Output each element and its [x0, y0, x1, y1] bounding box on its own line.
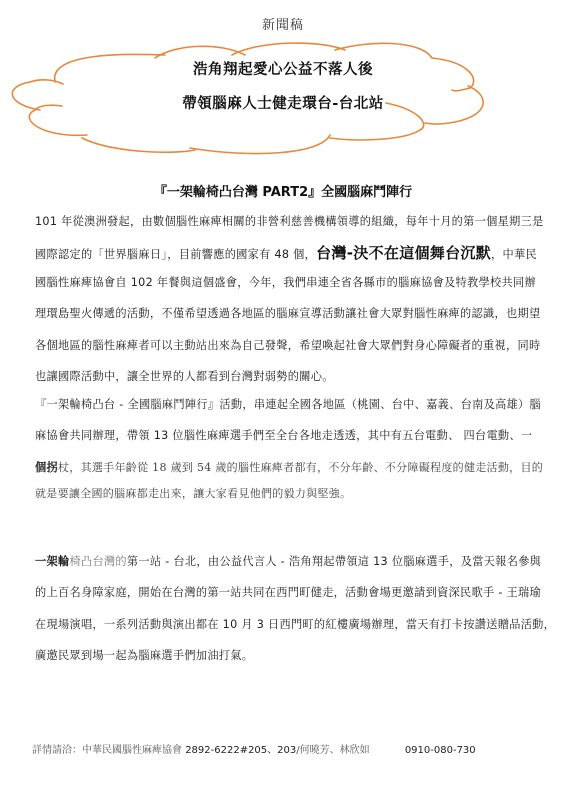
paragraph-line: 廣邀民眾到場一起為腦麻選手們加油打氣。	[35, 647, 253, 663]
text-segment: 一架輪	[35, 555, 69, 568]
contact-names: /何曉芳、林欣如	[296, 745, 369, 756]
paragraph-line: 也讓國際活動中，讓全世界的人都看到台灣對弱勢的關心。	[35, 368, 334, 384]
paragraph-line: 個拐杖，其選手年齡從 18 歲到 54 歲的腦性麻痺者都有，不分年齡、不分障礙程…	[35, 459, 543, 475]
contact-phone: 0910-080-730	[405, 745, 476, 756]
paragraph-line: 理環島聖火傳遞的活動，不僅希望透過各地區的腦麻宣導活動讓社會大眾對腦性麻痺的認識…	[35, 305, 540, 321]
contact-number: 2892-6222#205、203	[185, 745, 296, 756]
headline-line-2: 帶領腦麻人士健走環台-台北站	[0, 92, 566, 113]
text-segment: 杖，其選手年齡從 18 歲到 54 歲的腦性麻痺者都有，不分年齡、不分障礙程度的…	[58, 461, 543, 474]
press-release-label: 新聞稿	[0, 14, 566, 33]
paragraph-line: 國腦性麻痺協會自 102 年餐與這個盛會，今年，我們串連全省各縣市的腦麻協會及特…	[35, 274, 536, 290]
section-title: 『一架輪椅凸台灣 PART2』全國腦麻鬥陣行	[0, 181, 566, 200]
paragraph-line: 在現場演唱，一系列活動與演出都在 10 月 3 日西門町的紅樓廣場辦理，當天有打…	[35, 616, 555, 632]
paragraph-line: 各個地區的腦性麻痺者可以主動站出來為自己發聲，希望喚起社會大眾們對身心障礙者的重…	[35, 337, 540, 353]
paragraph-line: 麻協會共同辦理，帶領 13 位腦性麻痺選手們至全台各地走透透，其中有五台電動、 …	[35, 427, 532, 443]
text-segment: 椅凸台灣的	[69, 555, 126, 568]
emphasis-text: 台灣-決不在這個舞台沉默	[316, 244, 491, 262]
paragraph-line: 101 年從澳洲發起，由數個腦性麻痺相關的非營利慈善機構領導的組織，每年十月的第…	[35, 213, 544, 229]
text-segment: 個拐	[35, 461, 58, 474]
paragraph-line: 一架輪椅凸台灣的第一站 - 台北，由公益代言人 - 浩角翔起帶領這 13 位腦麻…	[35, 553, 541, 569]
contact-footer: 詳情請洽：中華民國腦性麻痺協會 2892-6222#205、203/何曉芳、林欣…	[32, 741, 476, 756]
headline-line-1: 浩角翔起愛心公益不落人後	[0, 58, 566, 79]
text-segment: 國際認定的「世界腦麻日」，目前響應的國家有 48 個，	[35, 248, 316, 261]
contact-label: 詳情請洽：中華民國腦性麻痺協會	[32, 745, 182, 756]
paragraph-line: 的上百名身障家庭，開始在台灣的第一站共同在西門町健走，活動會場更邀請到資深民歌手…	[35, 584, 541, 600]
paragraph-line: 『一架輪椅凸台 - 全國腦麻鬥陣行』活動，串連起全國各地區（桃園、台中、嘉義、台…	[35, 396, 541, 412]
text-segment: ，中華民	[491, 248, 537, 261]
paragraph-line: 就是要讓全國的腦麻都走出來，讓大家看見他們的毅力與堅強。	[35, 485, 351, 501]
paragraph-line: 國際認定的「世界腦麻日」，目前響應的國家有 48 個，台灣-決不在這個舞台沉默，…	[35, 242, 537, 263]
text-segment: 第一站 - 台北，由公益代言人 - 浩角翔起帶領這 13 位腦麻選手，及當天報名…	[127, 555, 541, 568]
